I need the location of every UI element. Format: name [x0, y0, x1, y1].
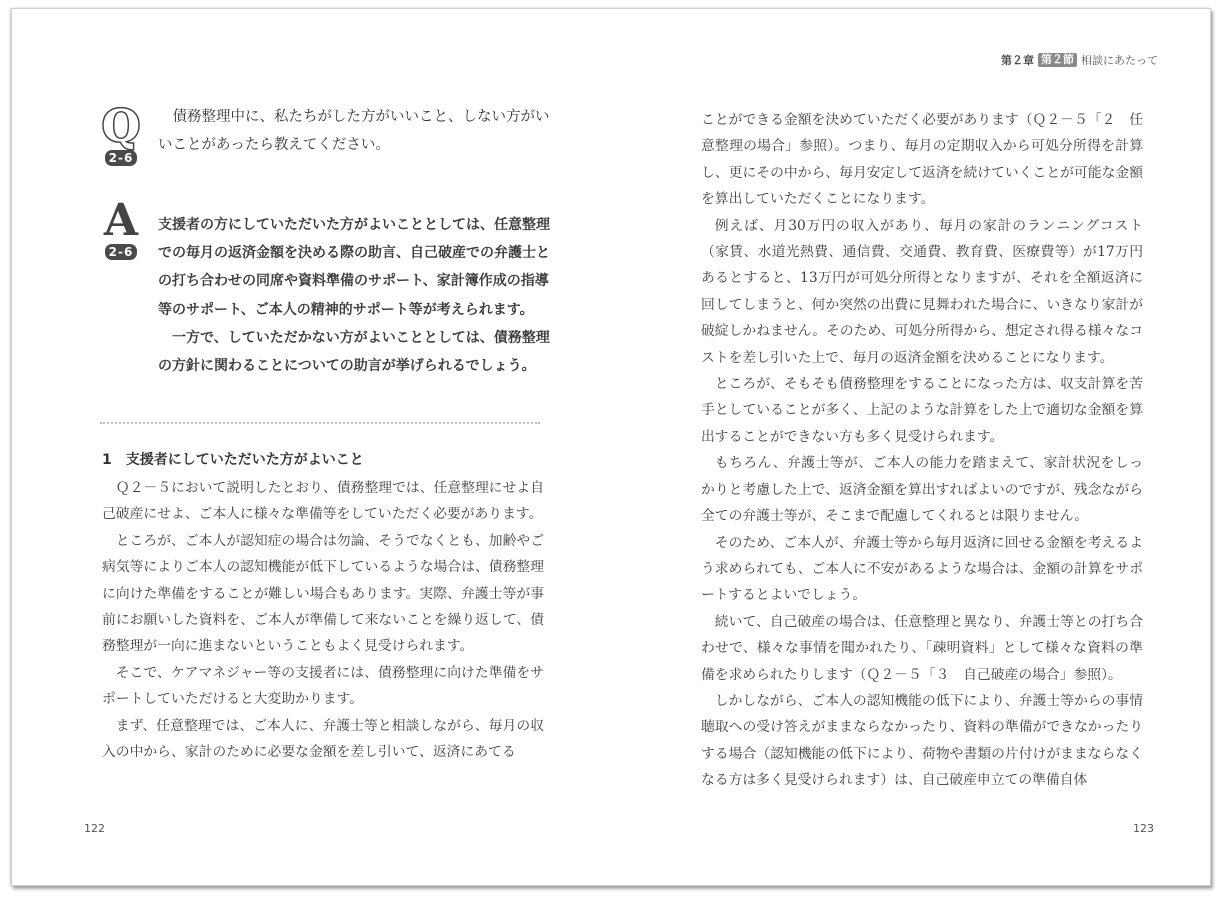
section-title: 相談にあたって — [1081, 52, 1158, 68]
page-number: 122 — [84, 822, 105, 835]
question-letter: Q — [99, 107, 143, 147]
dotted-divider — [100, 422, 540, 424]
answer-paragraph: 支援者の方にしていただいた方がよいこととしては、任意整理での毎月の返済金額を決め… — [158, 211, 556, 324]
section-number: 1 — [102, 452, 112, 468]
answer-number-badge: 2-6 — [105, 244, 138, 260]
running-head: 第２章 第２節 相談にあたって — [1001, 52, 1158, 68]
page-number: 123 — [1133, 822, 1154, 835]
question-number-badge: 2-6 — [105, 150, 138, 166]
chapter-label: 第２章 — [1001, 52, 1034, 68]
body-paragraph: Ｑ２－５において説明したとおり、債務整理では、任意整理にせよ自己破産にせよ、ご本… — [102, 475, 544, 528]
question-icon: Q 2-6 — [99, 107, 143, 166]
body-paragraph: しかしながら、ご本人の認知機能の低下により、弁護士等からの事情聴取への受け答えが… — [701, 688, 1143, 794]
section-heading: 1支援者にしていただいた方がよいこと — [102, 449, 364, 469]
body-paragraph: ところが、ご本人が認知症の場合は勿論、そうでなくとも、加齢やご病気等によりご本人… — [102, 528, 544, 660]
left-page: Q 2-6 債務整理中に、私たちがした方がいいこと、しない方がいいことがあったら… — [12, 9, 611, 885]
answer-paragraph: 一方で、していただかない方がよいこととしては、債務整理の方針に関わることについて… — [158, 324, 556, 380]
book-spread: Q 2-6 債務整理中に、私たちがした方がいいこと、しない方がいいことがあったら… — [11, 8, 1211, 886]
body-paragraph: 続いて、自己破産の場合は、任意整理と異なり、弁護士等との打ち合わせで、様々な事情… — [701, 609, 1143, 688]
answer-text: 支援者の方にしていただいた方がよいこととしては、任意整理での毎月の返済金額を決め… — [158, 211, 556, 380]
body-paragraph: まず、任意整理では、ご本人に、弁護士等と相談しながら、毎月の収入の中から、家計の… — [102, 713, 544, 766]
body-paragraph: ところが、そもそも債務整理をすることになった方は、収支計算を苦手としていることが… — [701, 371, 1143, 450]
body-paragraph: ことができる金額を決めていただく必要があります（Ｑ２－５「２ 任意整理の場合」参… — [701, 107, 1143, 213]
answer-letter: A — [99, 201, 143, 241]
body-paragraph: 例えば、月30万円の収入があり、毎月の家計のランニングコスト（家賃、水道光熱費、… — [701, 213, 1143, 371]
question-text: 債務整理中に、私たちがした方がいいこと、しない方がいいことがあったら教えてくださ… — [158, 103, 556, 159]
right-body-text: ことができる金額を決めていただく必要があります（Ｑ２－５「２ 任意整理の場合」参… — [701, 107, 1143, 794]
left-body-text: Ｑ２－５において説明したとおり、債務整理では、任意整理にせよ自己破産にせよ、ご本… — [102, 475, 544, 765]
answer-icon: A 2-6 — [99, 201, 143, 260]
section-badge: 第２節 — [1038, 53, 1077, 67]
section-title: 支援者にしていただいた方がよいこと — [126, 452, 364, 468]
body-paragraph: そこで、ケアマネジャー等の支援者には、債務整理に向けた準備をサポートしていただけ… — [102, 660, 544, 713]
body-paragraph: もちろん、弁護士等が、ご本人の能力を踏まえて、家計状況をしっかりと考慮した上で、… — [701, 450, 1143, 529]
right-page: 第２章 第２節 相談にあたって ことができる金額を決めていただく必要があります（… — [611, 9, 1210, 885]
body-paragraph: そのため、ご本人が、弁護士等から毎月返済に回せる金額を考えるよう求められても、ご… — [701, 530, 1143, 609]
